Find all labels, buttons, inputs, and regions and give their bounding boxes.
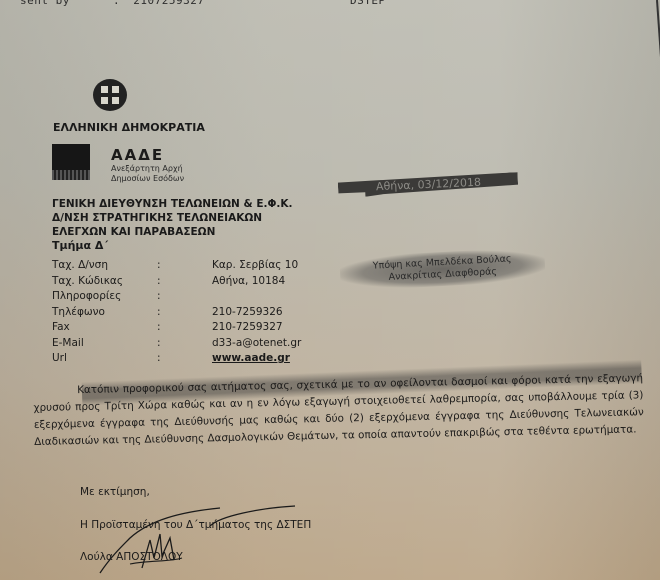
greek-coat-of-arms-icon [93, 79, 127, 111]
fax-sender-code: DSTEP [350, 0, 386, 7]
contact-phone: 210-7259326 [212, 305, 372, 321]
contact-row: Ταχ. Κώδικας : Αθήνα, 10184 [52, 274, 372, 290]
contact-label: Fax [52, 320, 157, 336]
contact-colon: : [157, 274, 212, 290]
contact-row: Πληροφορίες : [52, 289, 372, 305]
department-line-2: Δ/ΝΣΗ ΣΤΡΑΤΗΓΙΚΗΣ ΤΕΛΩΝΕΙΑΚΩΝ [52, 211, 293, 225]
contact-row: E-Mail : d33-a@otenet.gr [52, 336, 372, 352]
contact-colon: : [157, 351, 212, 367]
aade-subtitle-line2: Δημοσίων Εσόδων [111, 174, 184, 184]
contact-email: d33-a@otenet.gr [212, 336, 372, 352]
letter-body: Κατόπιν προφορικού σας αιτήματος σας, σχ… [33, 370, 644, 451]
aade-subtitle-line1: Ανεξάρτητη Αρχή [111, 164, 184, 174]
contact-value: Καρ. Σερβίας 10 [212, 258, 372, 274]
cross-shield-icon [101, 86, 119, 104]
contact-row: Url : www.aade.gr [52, 351, 372, 367]
contact-label: Τηλέφωνο [52, 305, 157, 321]
fax-header: sent by : 2107259327 DSTEP [20, 0, 204, 7]
contact-label: Πληροφορίες [52, 289, 157, 305]
closing-salutation: Με εκτίμηση, [80, 486, 150, 498]
handwritten-signature-icon [70, 498, 310, 580]
contact-colon: : [157, 305, 212, 321]
fax-separator: : [113, 0, 120, 7]
department-line-3: ΕΛΕΓΧΩΝ ΚΑΙ ΠΑΡΑΒΑΣΕΩΝ [52, 225, 293, 239]
contact-details: Ταχ. Δ/νση : Καρ. Σερβίας 10 Ταχ. Κώδικα… [52, 258, 372, 367]
contact-row: Fax : 210-7259327 [52, 320, 372, 336]
fax-sent-by-label: sent by [20, 0, 70, 7]
department-block: ΓΕΝΙΚΗ ΔΙΕΥΘΥΝΣΗ ΤΕΛΩΝΕΙΩΝ & Ε.Φ.Κ. Δ/ΝΣ… [52, 197, 293, 253]
aade-title: ΑΑΔΕ [111, 146, 164, 164]
contact-fax: 210-7259327 [212, 320, 372, 336]
contact-value [212, 289, 372, 305]
aade-subtitle: Ανεξάρτητη Αρχή Δημοσίων Εσόδων [111, 164, 184, 184]
contact-label: Ταχ. Κώδικας [52, 274, 157, 290]
body-paragraph: Κατόπιν προφορικού σας αιτήματος σας, σχ… [33, 370, 644, 451]
department-section: Τμήμα Δ΄ [52, 239, 293, 253]
contact-row: Ταχ. Δ/νση : Καρ. Σερβίας 10 [52, 258, 372, 274]
contact-colon: : [157, 258, 212, 274]
republic-heading: ΕΛΛΗΝΙΚΗ ΔΗΜΟΚΡΑΤΙΑ [53, 121, 205, 134]
page-edge [656, 0, 660, 60]
contact-row: Τηλέφωνο : 210-7259326 [52, 305, 372, 321]
website-link[interactable]: www.aade.gr [212, 351, 372, 367]
contact-label: Url [52, 351, 157, 367]
scanned-document-page: sent by : 2107259327 DSTEP ΕΛΛΗΝΙΚΗ ΔΗΜΟ… [0, 0, 660, 580]
department-line-1: ΓΕΝΙΚΗ ΔΙΕΥΘΥΝΣΗ ΤΕΛΩΝΕΙΩΝ & Ε.Φ.Κ. [52, 197, 293, 211]
contact-value: Αθήνα, 10184 [212, 274, 372, 290]
redacted-date-stamp: Αθήνα, 03/12/2018 [338, 172, 519, 198]
aade-logo-icon [52, 144, 90, 180]
contact-colon: : [157, 289, 212, 305]
contact-colon: : [157, 320, 212, 336]
contact-label: E-Mail [52, 336, 157, 352]
fax-number: 2107259327 [133, 0, 204, 7]
contact-label: Ταχ. Δ/νση [52, 258, 157, 274]
contact-colon: : [157, 336, 212, 352]
